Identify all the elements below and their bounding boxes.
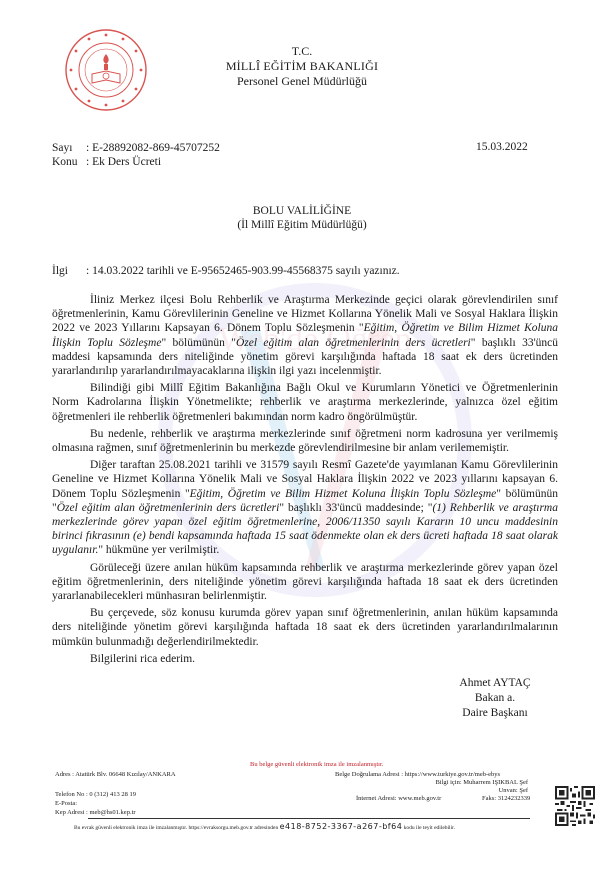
verify-text-pre: Bu evrak güvenli elektronik imza ile imz… [74, 825, 278, 831]
footer-kep: Kep Adresi : meb@hs01.kep.tr [55, 809, 136, 818]
footer-fax: Faks: 3124232339 [482, 795, 530, 804]
header-state: T.C. [0, 44, 604, 59]
signatory-title1: Bakan a. [440, 691, 550, 706]
footer-divider [88, 818, 530, 819]
esign-notice: Bu belge güvenli elektronik imza ile imz… [250, 761, 383, 768]
document-number: Sayı: E-28892082-869-45707252 [52, 141, 220, 155]
sayi-label: Sayı [52, 141, 86, 155]
verify-text-post: kodu ile teyit edilebilir. [404, 825, 455, 831]
paragraph-7: Bilgilerini rica ederim. [52, 652, 558, 666]
letter-body: İliniz Merkez ilçesi Bolu Rehberlik ve A… [52, 293, 558, 669]
addressee-line2: (İl Millî Eğitim Müdürlüğü) [0, 218, 604, 232]
header-department: Personel Genel Müdürlüğü [0, 74, 604, 89]
paragraph-3: Bu nedenle, rehberlik ve araştırma merke… [52, 427, 558, 455]
signature-block: Ahmet AYTAÇ Bakan a. Daire Başkanı [440, 676, 550, 721]
ilgi-value: : 14.03.2022 tarihli ve E-95652465-903.9… [86, 265, 400, 277]
signatory-name: Ahmet AYTAÇ [440, 676, 550, 691]
footer-address: Adres : Atatürk Blv. 06648 Kızılay/ANKAR… [55, 771, 176, 780]
footer-email: E-Posta: [55, 800, 77, 809]
paragraph-5: Görüleceği üzere anılan hüküm kapsamında… [52, 561, 558, 604]
document-subject: Konu: Ek Ders Ücreti [52, 155, 161, 169]
footer-phone: Telefon No : 0 (312) 413 28 19 [55, 791, 136, 800]
document-date: 15.03.2022 [476, 141, 528, 153]
header-ministry: MİLLÎ EĞİTİM BAKANLIĞI [0, 59, 604, 74]
addressee-line1: BOLU VALİLİĞİNE [0, 204, 604, 218]
signatory-title2: Daire Başkanı [440, 706, 550, 721]
qr-code-icon [555, 786, 595, 826]
paragraph-6: Bu çerçevede, söz konusu kurumda görev y… [52, 606, 558, 649]
konu-label: Konu [52, 155, 86, 169]
paragraph-4: Diğer taraftan 25.08.2021 tarihli ve 315… [52, 458, 558, 557]
paragraph-2: Bilindiği gibi Millî Eğitim Bakanlığına … [52, 381, 558, 424]
ilgi-label: İlgi [52, 265, 86, 277]
reference: İlgi: 14.03.2022 tarihli ve E-95652465-9… [52, 265, 400, 277]
konu-value: : Ek Ders Ücreti [86, 156, 161, 168]
verification-line: Bu evrak güvenli elektronik imza ile imz… [74, 822, 455, 831]
paragraph-1: İliniz Merkez ilçesi Bolu Rehberlik ve A… [52, 293, 558, 378]
verify-code: e418-8752-3367-a267-bf64 [280, 822, 403, 831]
sayi-value: : E-28892082-869-45707252 [86, 142, 220, 154]
footer-web[interactable]: İnternet Adresi: www.meb.gov.tr [356, 795, 441, 804]
